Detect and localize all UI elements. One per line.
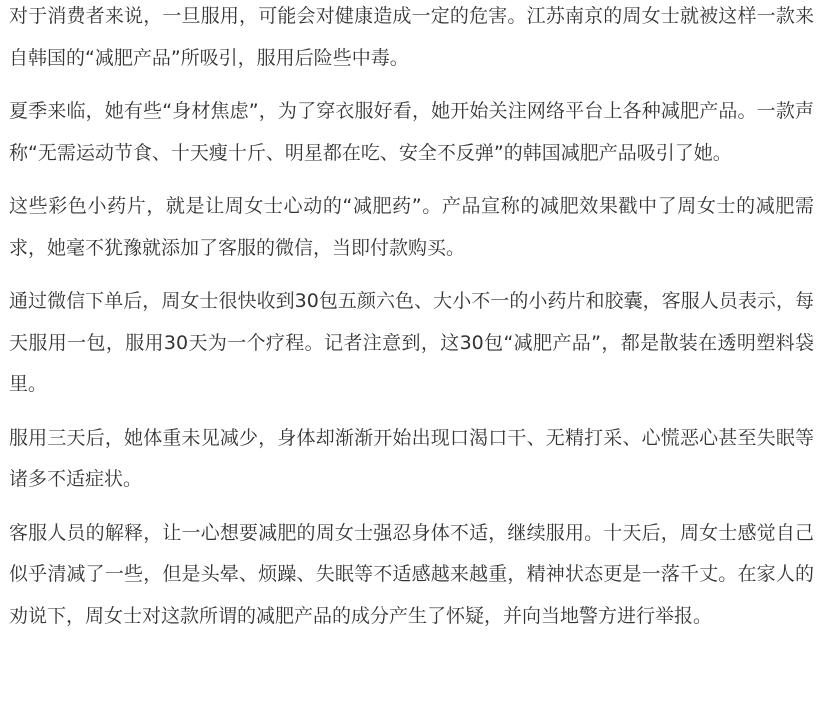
paragraph-symptoms: 服用三天后，她体重未见减少，身体却渐渐开始出现口渴口干、无精打采、心慌恶心甚至失…	[9, 418, 814, 501]
article-body: 对于消费者来说，一旦服用，可能会对健康造成一定的危害。江苏南京的周女士就被这样一…	[0, 0, 822, 637]
paragraph-intro: 对于消费者来说，一旦服用，可能会对健康造成一定的危害。江苏南京的周女士就被这样一…	[9, 0, 814, 79]
paragraph-summer-anxiety: 夏季来临，她有些“身材焦虑”，为了穿衣服好看，她开始关注网络平台上各种减肥产品。…	[9, 91, 814, 174]
paragraph-order-received: 通过微信下单后，周女士很快收到30包五颜六色、大小不一的小药片和胶囊，客服人员表…	[9, 281, 814, 406]
paragraph-report-police: 客服人员的解释，让一心想要减肥的周女士强忍身体不适，继续服用。十天后，周女士感觉…	[9, 513, 814, 638]
paragraph-colored-pills: 这些彩色小药片，就是让周女士心动的“减肥药”。产品宣称的减肥效果戳中了周女士的减…	[9, 186, 814, 269]
